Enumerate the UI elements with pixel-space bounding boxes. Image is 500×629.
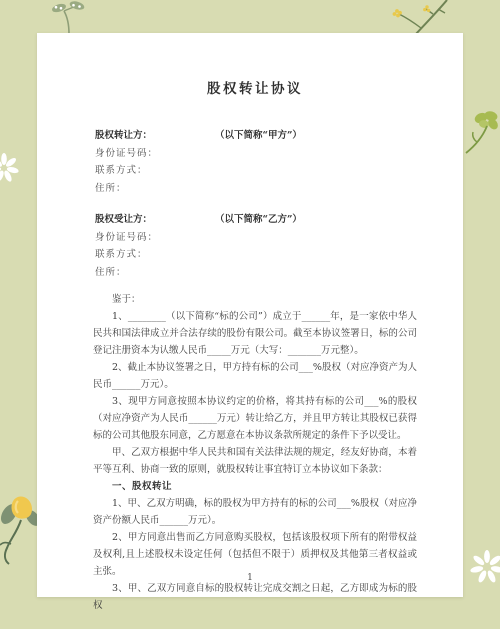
white-daisy-right-decoration-icon [470,549,500,585]
party-a-block: 股权转让方：（以下简称“甲方”） 身份证号码： 联系方式： 住所： [95,127,417,197]
party-a-contact-label: 联系方式： [95,162,417,180]
recital-item-2: 2、截止本协议签署之日，甲方持有标的公司___%股权（对应净资产为人民币____… [93,359,417,393]
party-b-address-label: 住所： [95,264,417,282]
party-a-id-label: 身份证号码： [95,145,417,163]
green-flower-decoration-icon [464,108,500,160]
desktop-background: 股权转让协议 股权转让方：（以下简称“甲方”） 身份证号码： 联系方式： 住所：… [0,0,500,629]
document-page: 股权转让协议 股权转让方：（以下简称“甲方”） 身份证号码： 联系方式： 住所：… [37,33,463,597]
document-body: 鉴于： 1、________（以下简称“标的公司”）成立于______年，是一家… [93,291,417,614]
section-one-item-3: 3、甲、乙双方同意自标的股权转让完成交割之日起，乙方即成为标的股权 [93,580,417,614]
party-b-header: 股权受让方：（以下简称“乙方”） [95,211,417,229]
party-a-role-label: 股权转让方： [95,127,215,145]
recitals-closing: 甲、乙双方根据中华人民共和国有关法律法规的规定，经友好协商，本着平等互利、协商一… [93,444,417,478]
party-a-header: 股权转让方：（以下简称“甲方”） [95,127,417,145]
sprout-decoration-icon [50,0,90,34]
party-a-address-label: 住所： [95,180,417,198]
branch-decoration-icon [385,0,455,36]
party-b-alias: （以下简称“乙方”） [215,214,302,225]
party-a-alias: （以下简称“甲方”） [215,130,302,141]
party-b-id-label: 身份证号码： [95,229,417,247]
section-one-heading: 一、股权转让 [93,478,417,495]
section-one-item-1: 1、甲、乙双方明确，标的股权为甲方持有的标的公司___%股权（对应净资产份额人民… [93,495,417,529]
document-title: 股权转让协议 [93,77,417,97]
white-daisy-left-decoration-icon [0,152,20,184]
party-b-role-label: 股权受让方： [95,211,215,229]
page-number: 1 [37,573,463,583]
party-b-contact-label: 联系方式： [95,246,417,264]
yellow-flower-decoration-icon [0,492,42,572]
recitals-lead: 鉴于： [93,291,417,308]
branch-flower-left [393,9,402,17]
recital-item-1: 1、________（以下简称“标的公司”）成立于______年，是一家依中华人… [93,308,417,359]
party-b-block: 股权受让方：（以下简称“乙方”） 身份证号码： 联系方式： 住所： [95,211,417,281]
recital-item-3: 3、现甲方同意按照本协议约定的价格，将其持有标的公司___%的股权（对应净资产为… [93,393,417,444]
